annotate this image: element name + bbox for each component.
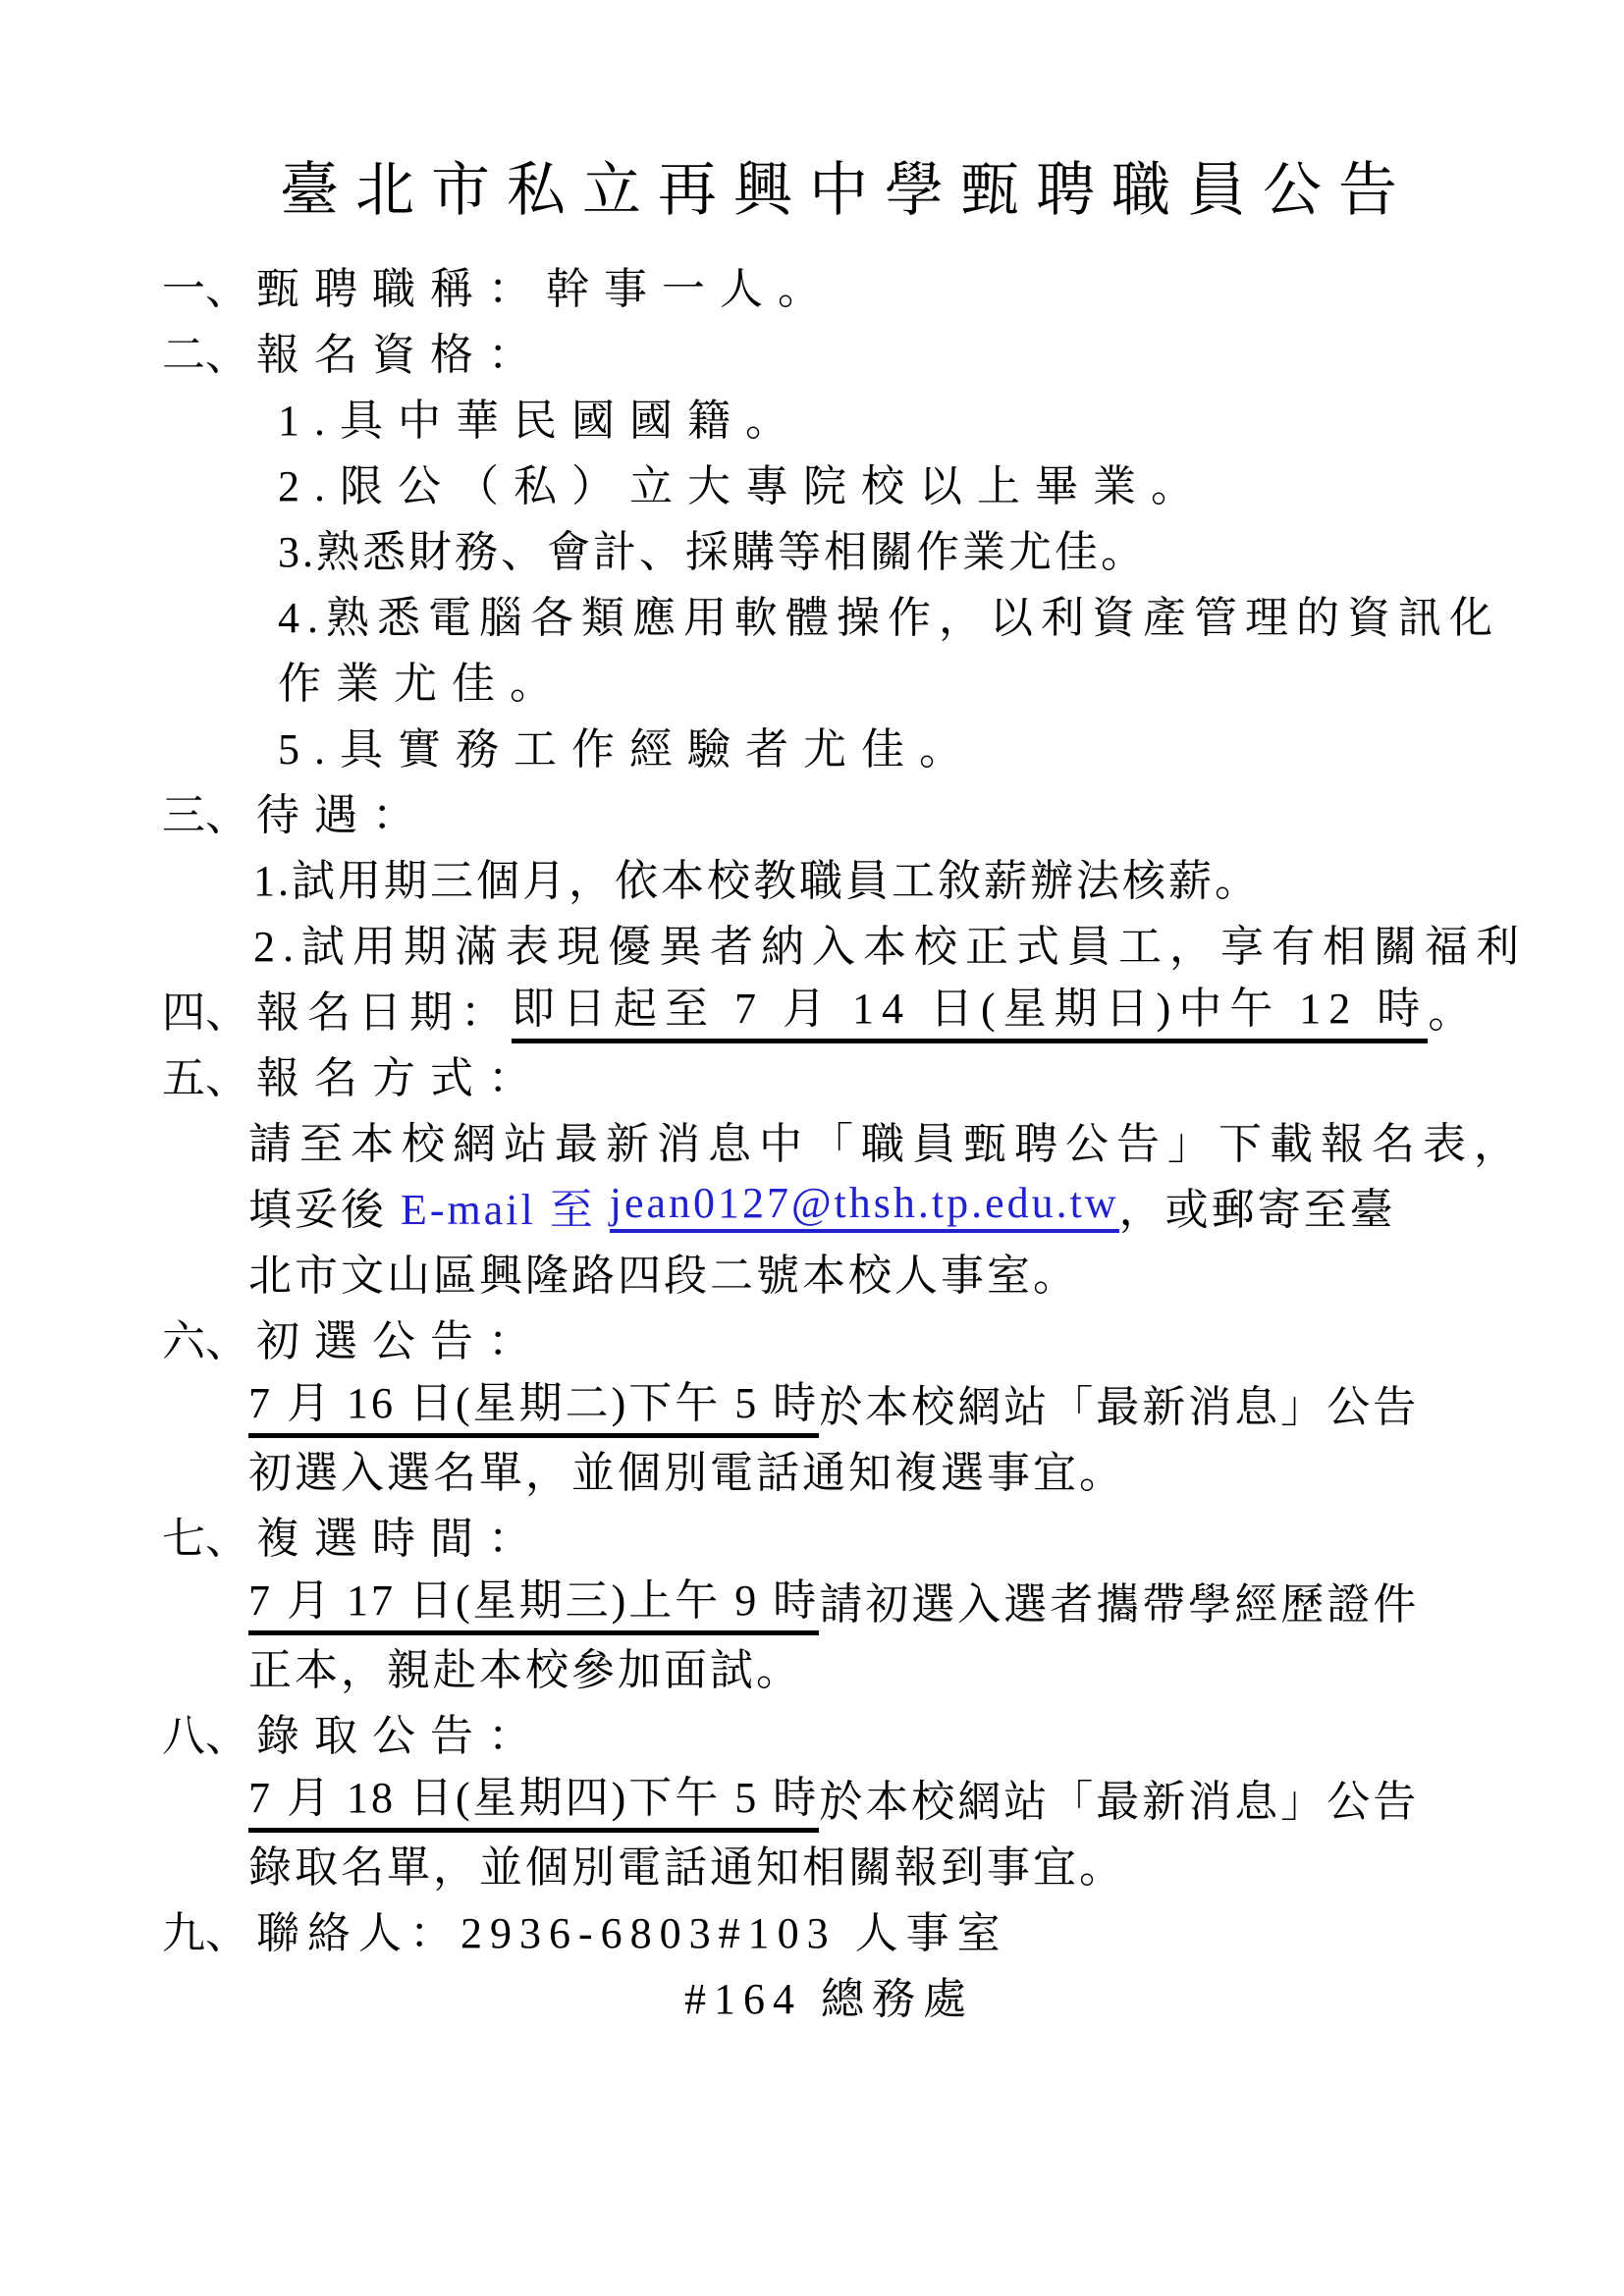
document-body: 一、甄聘職稱：幹事一人。二、報名資格：1.具中華民國國籍。2.限公（私）立大專院…	[0, 251, 1624, 2027]
text-line: #164 總務處	[684, 1961, 1624, 2027]
text-segment: 報名方式：	[256, 1042, 546, 1105]
text-segment: 四、	[162, 977, 256, 1040]
text-segment: 7 月 16 日(星期二)下午 5 時	[248, 1367, 819, 1438]
text-segment: 4.熟悉電腦各類應用軟體操作，以利資產管理的資訊化	[278, 582, 1500, 645]
text-segment: 正本，親赴本校參加面試。	[248, 1634, 802, 1697]
text-line: 2.試用期滿表現優異者納入本校正式員工，享有相關福利	[253, 909, 1624, 975]
text-line: 7 月 18 日(星期四)下午 5 時於本校網站「最新消息」公告	[248, 1764, 1624, 1830]
text-line: 六、初選公告：	[162, 1304, 1624, 1369]
text-line: 請至本校網站最新消息中「職員甄聘公告」下載報名表，	[248, 1106, 1624, 1172]
text-line: 九、聯絡人：2936-6803#103 人事室	[162, 1896, 1624, 1961]
text-segment: 作業尤佳。	[278, 648, 568, 711]
text-line: 四、報名日期：即日起至 7 月 14 日(星期日)中午 12 時。	[162, 975, 1624, 1041]
text-segment: 待遇：	[256, 779, 430, 842]
text-segment: 二、	[162, 319, 256, 382]
document-page: 臺北市私立再興中學甄聘職員公告 一、甄聘職稱：幹事一人。二、報名資格：1.具中華…	[0, 0, 1624, 2296]
text-line: 一、甄聘職稱：幹事一人。	[162, 251, 1624, 317]
text-segment: 錄取名單，並個別電話通知相關報到事宜。	[248, 1832, 1125, 1895]
text-line: 三、待遇：	[162, 777, 1624, 843]
text-line: 5.具實務工作經驗者尤佳。	[278, 712, 1624, 777]
text-segment: 1.具中華民國國籍。	[278, 385, 803, 448]
email-link[interactable]: jean0127@thsh.tp.edu.tw	[610, 1178, 1119, 1233]
text-line: 1.具中華民國國籍。	[278, 383, 1624, 449]
text-line: 五、報名方式：	[162, 1041, 1624, 1106]
text-segment: 三、	[162, 779, 256, 842]
text-segment: ，或郵寄至臺	[1119, 1174, 1396, 1237]
text-line: 1.試用期三個月，依本校教職員工敘薪辦法核薪。	[253, 843, 1624, 909]
text-segment: E-mail 至	[401, 1174, 610, 1237]
text-segment: 3.熟悉財務、會計、採購等相關作業尤佳。	[278, 516, 1147, 579]
text-segment: 錄取公告：	[256, 1700, 546, 1763]
text-segment: 一、	[162, 253, 256, 316]
text-line: 正本，親赴本校參加面試。	[248, 1632, 1624, 1698]
text-segment: 。	[1428, 977, 1479, 1040]
text-segment: 聯絡人：2936-6803#103 人事室	[256, 1897, 1008, 1960]
page-title: 臺北市私立再興中學甄聘職員公告	[280, 155, 1624, 226]
text-line: 錄取名單，並個別電話通知相關報到事宜。	[248, 1830, 1624, 1896]
text-line: 7 月 17 日(星期三)上午 9 時請初選入選者攜帶學經歷證件	[248, 1567, 1624, 1632]
text-line: 2.限公（私）立大專院校以上畢業。	[278, 449, 1624, 514]
text-segment: 初選公告：	[256, 1306, 546, 1368]
text-line: 3.熟悉財務、會計、採購等相關作業尤佳。	[278, 514, 1624, 580]
text-segment: 報名資格：	[256, 319, 546, 382]
text-segment: 甄聘職稱：幹事一人。	[256, 253, 836, 316]
text-segment: 請至本校網站最新消息中「職員甄聘公告」下載報名表，	[248, 1108, 1525, 1171]
text-segment: 初選入選名單，並個別電話通知複選事宜。	[248, 1437, 1125, 1500]
text-segment: 2.試用期滿表現優異者納入本校正式員工，享有相關福利	[253, 911, 1527, 974]
text-line: 4.熟悉電腦各類應用軟體操作，以利資產管理的資訊化	[278, 580, 1624, 646]
text-segment: 北市文山區興隆路四段二號本校人事室。	[248, 1240, 1079, 1303]
text-line: 作業尤佳。	[278, 646, 1624, 712]
text-segment: 於本校網站「最新消息」公告	[819, 1371, 1419, 1434]
text-segment: 7 月 18 日(星期四)下午 5 時	[248, 1762, 819, 1833]
text-segment: 報名日期：	[256, 977, 512, 1040]
text-line: 北市文山區興隆路四段二號本校人事室。	[248, 1238, 1624, 1304]
text-line: 七、複選時間：	[162, 1501, 1624, 1567]
text-segment: 五、	[162, 1042, 256, 1105]
text-line: 7 月 16 日(星期二)下午 5 時於本校網站「最新消息」公告	[248, 1369, 1624, 1435]
text-segment: 於本校網站「最新消息」公告	[819, 1766, 1419, 1829]
text-segment: 八、	[162, 1700, 256, 1763]
text-segment: #164 總務處	[684, 1963, 974, 2026]
text-line: 二、報名資格：	[162, 317, 1624, 383]
text-segment: 1.試用期三個月，依本校教職員工敘薪辦法核薪。	[253, 845, 1261, 908]
text-segment: 即日起至 7 月 14 日(星期日)中午 12 時	[512, 973, 1428, 1043]
text-segment: 請初選入選者攜帶學經歷證件	[819, 1569, 1419, 1631]
text-segment: 六、	[162, 1306, 256, 1368]
text-segment: 5.具實務工作經驗者尤佳。	[278, 714, 977, 776]
text-segment: 七、	[162, 1503, 256, 1566]
text-segment: 九、	[162, 1897, 256, 1960]
text-segment: 填妥後	[248, 1174, 401, 1237]
text-segment: 2.限公（私）立大專院校以上畢業。	[278, 451, 1209, 513]
text-line: 填妥後 E-mail 至 jean0127@thsh.tp.edu.tw，或郵寄…	[248, 1172, 1624, 1238]
text-segment: 複選時間：	[256, 1503, 546, 1566]
text-segment: 7 月 17 日(星期三)上午 9 時	[248, 1565, 819, 1635]
text-line: 初選入選名單，並個別電話通知複選事宜。	[248, 1435, 1624, 1501]
text-line: 八、錄取公告：	[162, 1698, 1624, 1764]
